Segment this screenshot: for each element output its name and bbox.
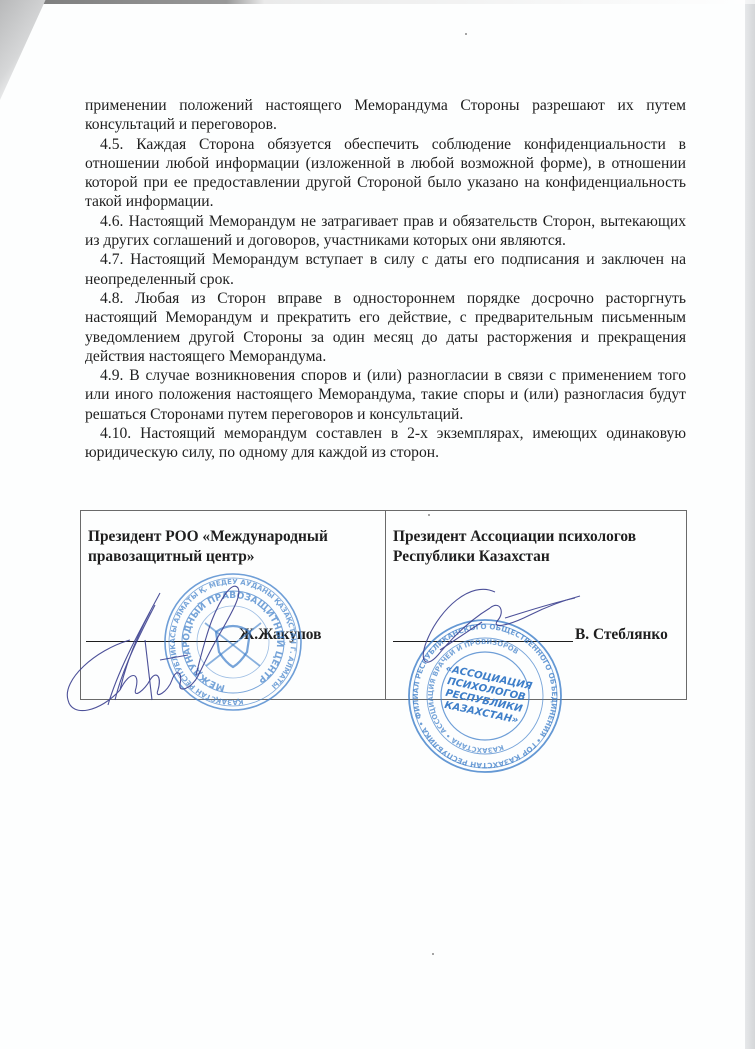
scan-speck: [428, 514, 430, 516]
signatory-name-right: В. Стеблянко: [575, 626, 668, 644]
paragraph-4-7: 4.7. Настоящий Меморандум вступает в сил…: [85, 250, 686, 289]
signature-cell-right: Президент Ассоциации психологов Республи…: [386, 511, 686, 699]
scan-top-edge: [0, 0, 755, 4]
paragraph-4-8: 4.8. Любая из Сторон вправе в односторон…: [85, 289, 686, 366]
scan-edge: [745, 0, 755, 1049]
signatory-title-right: Президент Ассоциации психологов Республи…: [393, 527, 678, 567]
signatory-title-left: Президент РОО «Международный правозащитн…: [88, 527, 377, 567]
signature-line-left: [86, 641, 238, 642]
paragraph-4-5: 4.5. Каждая Сторона обязуется обеспечить…: [85, 135, 686, 212]
paragraph-4-4-continuation: применении положений настоящего Меморанд…: [85, 96, 686, 135]
signature-table: Президент РОО «Международный правозащитн…: [80, 510, 687, 700]
signature-cell-left: Президент РОО «Международный правозащитн…: [81, 511, 386, 699]
paragraph-4-10: 4.10. Настоящий меморандум составлен в 2…: [85, 424, 686, 463]
document-page: применении положений настоящего Меморанд…: [0, 0, 745, 1049]
scan-speck: [465, 33, 467, 35]
paragraph-4-6: 4.6. Настоящий Меморандум не затрагивает…: [85, 212, 686, 251]
paragraph-4-9: 4.9. В случае возникновения споров и (ил…: [85, 366, 686, 424]
signatory-name-left: Ж.Жакупов: [239, 626, 321, 644]
svg-text:КАЗАХСТАН»: КАЗАХСТАН»: [443, 700, 519, 726]
memorandum-body: применении положений настоящего Меморанд…: [85, 96, 686, 463]
signature-line-right: [393, 641, 573, 642]
scan-speck: [432, 953, 434, 955]
folded-corner: [0, 0, 70, 100]
